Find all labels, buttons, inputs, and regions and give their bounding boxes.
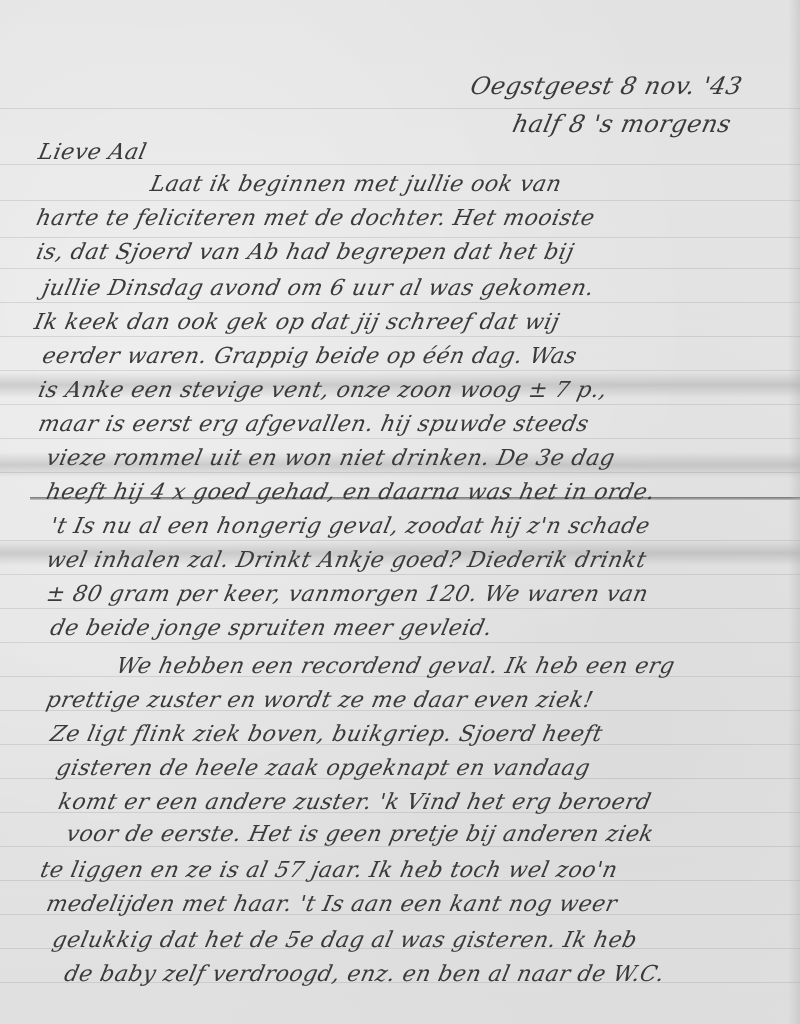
letter-place-date: Oegstgeest 8 nov. '43 [468, 72, 745, 100]
ruled-line [0, 370, 800, 371]
letter-line: vieze rommel uit en won niet drinken. De… [44, 446, 617, 471]
ruled-line [0, 336, 800, 337]
ruled-line [0, 642, 800, 643]
letter-line: jullie Dinsdag avond om 6 uur al was gek… [40, 276, 596, 301]
letter-line: te liggen en ze is al 57 jaar. Ik heb to… [38, 858, 620, 883]
letter-line: We hebben een recordend geval. Ik heb ee… [114, 654, 677, 679]
letter-line: de baby zelf verdroogd, enz. en ben al n… [62, 962, 667, 987]
ruled-line [0, 237, 800, 238]
letter-line: 't Is nu al een hongerig geval, zoodat h… [48, 514, 652, 539]
paper-edge-shadow [788, 0, 800, 1024]
letter-line: is, dat Sjoerd van Ab had begrepen dat h… [34, 240, 576, 265]
letter-time: half 8 's morgens [510, 110, 734, 138]
letter-page: Oegstgeest 8 nov. '43 half 8 's morgens … [0, 0, 800, 1024]
letter-line: Laat ik beginnen met jullie ook van [148, 172, 564, 197]
letter-line: komt er een andere zuster. 'k Vind het e… [56, 790, 654, 815]
letter-line: medelijden met haar. 't Is aan een kant … [44, 892, 619, 917]
letter-line: ± 80 gram per keer, vanmorgen 120. We wa… [44, 582, 651, 607]
ruled-line [0, 608, 800, 609]
ruled-line [0, 438, 800, 439]
letter-line: harte te feliciteren met de dochter. Het… [34, 206, 597, 231]
letter-line: heeft hij 4 x goed gehad, en daarna was … [44, 480, 657, 505]
letter-line: maar is eerst erg afgevallen. hij spuwde… [36, 412, 591, 437]
letter-salutation: Lieve Aal [36, 140, 149, 165]
letter-line: voor de eerste. Het is geen pretje bij a… [64, 822, 656, 847]
letter-line: wel inhalen zal. Drinkt Ankje goed? Died… [44, 548, 649, 573]
letter-line: eerder waren. Grappig beide op één dag. … [40, 344, 579, 369]
letter-line: is Anke een stevige vent, onze zoon woog… [36, 378, 610, 403]
letter-line: gelukkig dat het de 5e dag al was gister… [50, 928, 639, 953]
letter-line: Ik keek dan ook gek op dat jij schreef d… [32, 310, 562, 335]
ruled-line [0, 404, 800, 405]
ruled-line [0, 302, 800, 303]
letter-line: de beide jonge spruiten meer gevleid. [48, 616, 495, 641]
letter-line: prettige zuster en wordt ze me daar even… [44, 688, 596, 713]
ruled-line [0, 108, 800, 109]
ruled-line [0, 574, 800, 575]
letter-line: Ze ligt flink ziek boven, buikgriep. Sjo… [48, 722, 605, 747]
ruled-line [0, 268, 800, 269]
letter-line: gisteren de heele zaak opgeknapt en vand… [54, 756, 593, 781]
ruled-line [0, 200, 800, 201]
